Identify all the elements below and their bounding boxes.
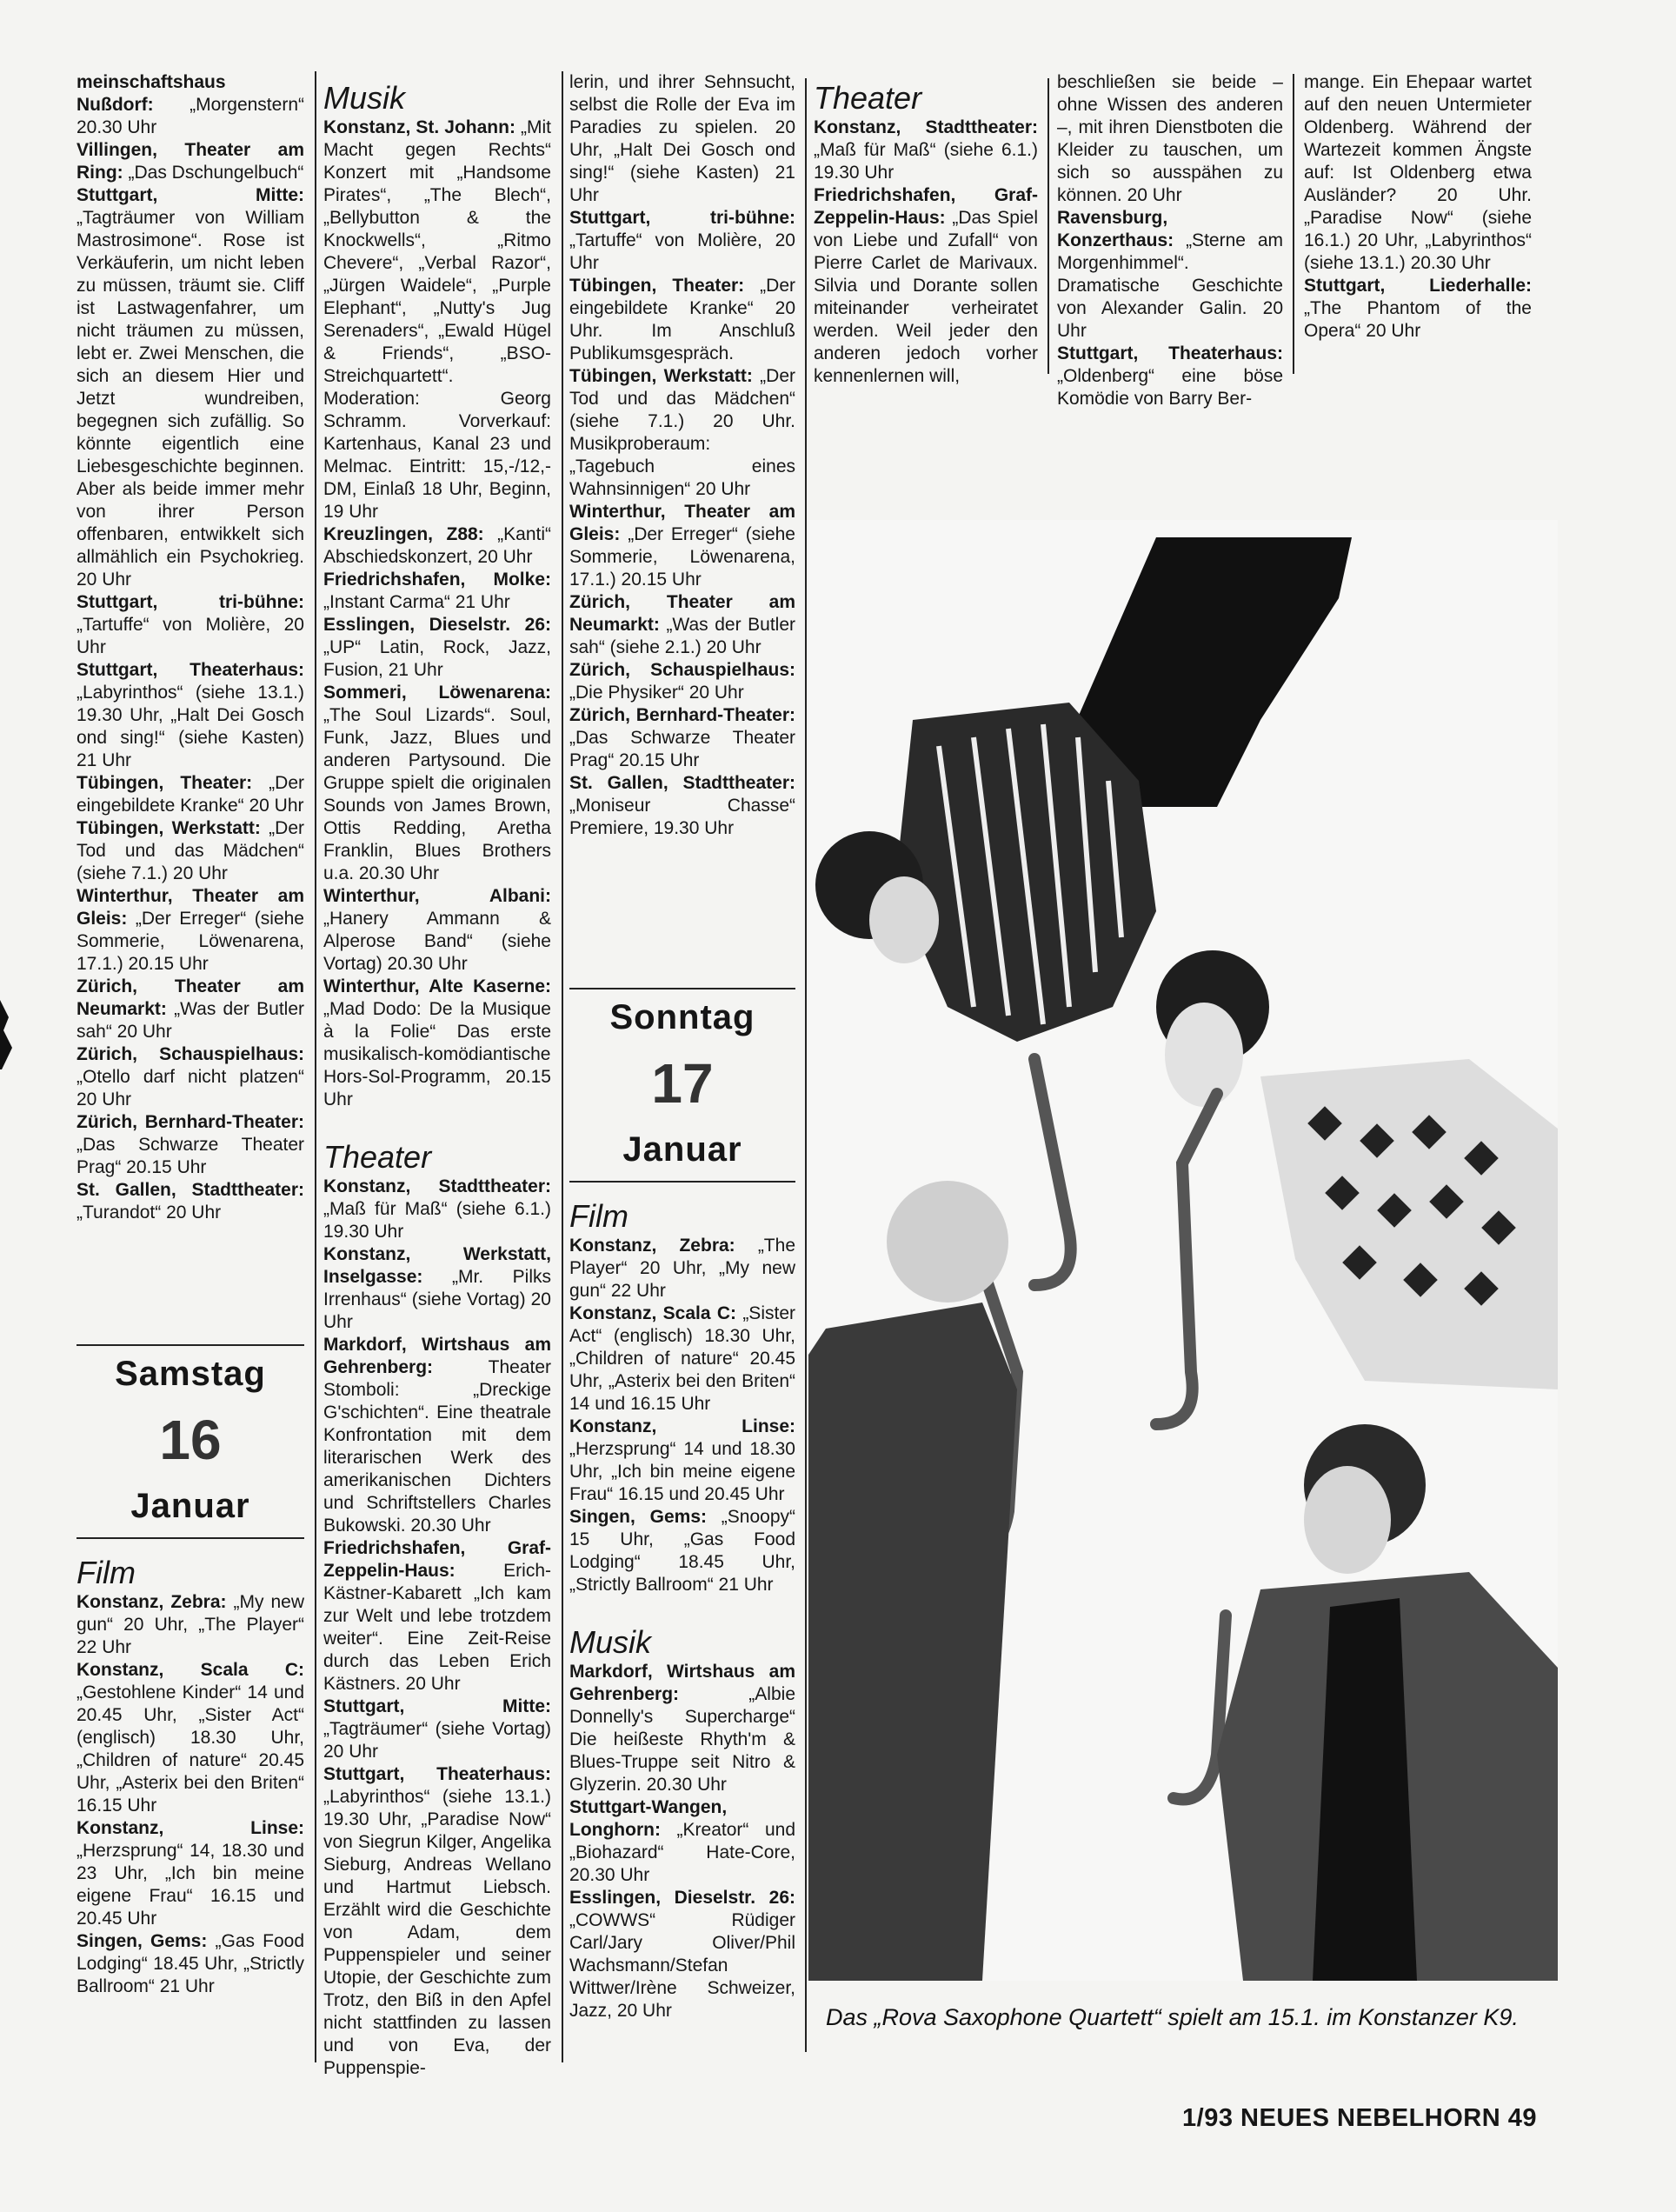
event-entry: Tübingen, Werkstatt: „Der Tod und das Mä… xyxy=(76,817,304,885)
event-entry: Kreuzlingen, Z88: „Kanti“ Abschiedskonze… xyxy=(323,523,551,569)
event-venue: St. Gallen, Stadttheater: xyxy=(76,1180,304,1200)
event-text: „Mit Macht gegen Rechts“ Konzert mit „Ha… xyxy=(323,117,551,522)
event-entry: Esslingen, Dieselstr. 26: „UP“ Latin, Ro… xyxy=(323,614,551,682)
event-text: „The Phantom of the Opera“ 20 Uhr xyxy=(1304,298,1532,341)
event-entry: Stuttgart, Mitte: „Tagträumer von Willia… xyxy=(76,184,304,591)
event-venue: Winterthur, Alte Kaserne: xyxy=(323,976,551,996)
section-heading-film: Film xyxy=(569,1200,795,1233)
event-entry: Konstanz, Stadttheater: „Maß für Maß“ (s… xyxy=(814,117,1038,184)
event-text: „Instant Carma“ 21 Uhr xyxy=(323,592,510,612)
event-entry: Markdorf, Wirtshaus am Gehrenberg: „Albi… xyxy=(569,1661,795,1796)
event-text: „Oldenberg“ eine böse Komödie von Barry … xyxy=(1057,366,1283,409)
torn-edge-mark xyxy=(0,1000,16,1069)
event-venue: Konstanz, Stadttheater: xyxy=(323,1176,551,1196)
event-text: „Labyrinthos“ (siehe 13.1.) 19.30 Uhr, „… xyxy=(323,1787,551,2078)
event-venue: Tübingen, Werkstatt: xyxy=(569,366,753,386)
event-text: „Maß für Maß“ (siehe 6.1.) 19.30 Uhr xyxy=(323,1199,551,1242)
band-photo xyxy=(808,520,1558,1981)
event-entry: lerin, und ihrer Sehnsucht, selbst die R… xyxy=(569,71,795,207)
event-venue: Konstanz, Stadttheater: xyxy=(814,117,1038,137)
event-entry: Winterthur, Alte Kaserne: „Mad Dodo: De … xyxy=(323,976,551,1111)
event-text: „Herzsprung“ 14, 18.30 und 23 Uhr, „Ich … xyxy=(76,1841,304,1929)
event-entry: Winterthur, Theater am Gleis: „Der Erreg… xyxy=(569,501,795,591)
event-entry: Villingen, Theater am Ring: „Das Dschung… xyxy=(76,139,304,184)
event-venue: Stuttgart, Mitte: xyxy=(323,1696,551,1716)
event-venue: Tübingen, Werkstatt: xyxy=(76,818,261,838)
column-6: mange. Ein Ehepaar wartet auf den neuen … xyxy=(1304,71,1532,343)
saxophone-quartet-illustration xyxy=(808,520,1558,1981)
event-entry: Tübingen, Werkstatt: „Der Tod und das Mä… xyxy=(569,365,795,501)
event-entry: Konstanz, Werkstatt, Inselgasse: „Mr. Pi… xyxy=(323,1243,551,1334)
event-venue: Stuttgart, Theaterhaus: xyxy=(323,1764,551,1784)
event-text: „UP“ Latin, Rock, Jazz, Fusion, 21 Uhr xyxy=(323,637,551,680)
event-entry: Konstanz, Linse: „Herzsprung“ 14, 18.30 … xyxy=(76,1817,304,1930)
day-month: Januar xyxy=(569,1127,795,1172)
event-venue: Konstanz, Scala C: xyxy=(569,1303,736,1323)
event-venue: Ravensburg, Konzerthaus: xyxy=(1057,208,1174,250)
event-entry: Zürich, Theater am Neumarkt: „Was der Bu… xyxy=(569,591,795,659)
event-entry: Winterthur, Albani: „Hanery Ammann & Alp… xyxy=(323,885,551,976)
event-entry: Stuttgart, Theaterhaus: „Labyrinthos“ (s… xyxy=(76,659,304,772)
event-venue: Esslingen, Dieselstr. 26: xyxy=(569,1888,795,1908)
event-entry: meinschaftshaus Nußdorf: „Morgenstern“ 2… xyxy=(76,71,304,139)
event-venue: Tübingen, Theater: xyxy=(76,773,252,793)
day-header-samstag: Samstag 16 Januar xyxy=(76,1344,304,1539)
day-name: Sonntag xyxy=(569,995,795,1040)
event-entry: Singen, Gems: „Gas Food Lodging“ 18.45 U… xyxy=(76,1930,304,1998)
event-entry: Stuttgart, tri-bühne: „Tartuffe“ von Mol… xyxy=(76,591,304,659)
column-2: Musik Konstanz, St. Johann: „Mit Macht g… xyxy=(323,82,551,2080)
event-entry: Konstanz, Linse: „Herzsprung“ 14 und 18.… xyxy=(569,1416,795,1506)
section-heading-musik: Musik xyxy=(323,82,551,115)
day-header-sonntag: Sonntag 17 Januar xyxy=(569,988,795,1183)
photo-caption: Das „Rova Saxophone Quartett“ spielt am … xyxy=(826,2004,1519,2031)
event-venue: Stuttgart, Mitte: xyxy=(76,185,304,205)
event-entry: Zürich, Bernhard-Theater: „Das Schwarze … xyxy=(76,1111,304,1179)
event-text: „Das Spiel von Liebe und Zufall“ von Pie… xyxy=(814,208,1038,386)
event-venue: Stuttgart, Liederhalle: xyxy=(1304,276,1532,296)
event-venue: Zürich, Schauspielhaus: xyxy=(76,1044,304,1064)
event-text: „Die Physiker“ 20 Uhr xyxy=(569,683,744,703)
section-heading-film: Film xyxy=(76,1556,304,1589)
event-entry: Friedrichshafen, Graf-Zeppelin-Haus: Eri… xyxy=(323,1537,551,1696)
event-text: „The Soul Lizards“. Soul, Funk, Jazz, Bl… xyxy=(323,705,551,883)
event-entry: Konstanz, Stadttheater: „Maß für Maß“ (s… xyxy=(323,1176,551,1243)
event-entry: Markdorf, Wirtshaus am Gehrenberg: Theat… xyxy=(323,1334,551,1537)
column-rule xyxy=(562,71,563,2062)
event-text: „Gestohlene Kinder“ 14 und 20.45 Uhr, „S… xyxy=(76,1682,304,1816)
day-number: 16 xyxy=(76,1396,304,1483)
event-venue: Winterthur, Albani: xyxy=(323,886,551,906)
column-rule xyxy=(1047,78,1049,374)
event-entry: Ravensburg, Konzerthaus: „Sterne am Morg… xyxy=(1057,207,1283,343)
event-text: „Das Schwarze Theater Prag“ 20.15 Uhr xyxy=(76,1135,304,1177)
day-number: 17 xyxy=(569,1040,795,1127)
section-heading-theater: Theater xyxy=(814,82,1038,115)
event-text: lerin, und ihrer Sehnsucht, selbst die R… xyxy=(569,72,795,205)
event-venue: St. Gallen, Stadttheater: xyxy=(569,773,795,793)
event-entry: Stuttgart, Theaterhaus: „Oldenberg“ eine… xyxy=(1057,343,1283,410)
film-list: Konstanz, Zebra: „My new gun“ 20 Uhr, „T… xyxy=(76,1591,304,1998)
event-text: „Turandot“ 20 Uhr xyxy=(76,1203,221,1223)
event-entry: Esslingen, Dieselstr. 26: „COWWS“ Rüdige… xyxy=(569,1887,795,2022)
film-list: Konstanz, Zebra: „The Player“ 20 Uhr, „M… xyxy=(569,1235,795,1596)
event-entry: Tübingen, Theater: „Der eingebildete Kra… xyxy=(569,275,795,365)
event-text: „Maß für Maß“ (siehe 6.1.) 19.30 Uhr xyxy=(814,140,1038,183)
column-rule xyxy=(805,78,807,2052)
event-text: „Das Schwarze Theater Prag“ 20.15 Uhr xyxy=(569,728,795,770)
event-text: „COWWS“ Rüdiger Carl/Jary Oliver/Phil Wa… xyxy=(569,1910,795,2021)
event-entry: Stuttgart-Wangen, Longhorn: „Kreator“ un… xyxy=(569,1796,795,1887)
section-heading-musik: Musik xyxy=(569,1626,795,1659)
day-name: Samstag xyxy=(76,1351,304,1396)
column-3: lerin, und ihrer Sehnsucht, selbst die R… xyxy=(569,71,795,2022)
event-venue: Zürich, Schauspielhaus: xyxy=(569,660,795,680)
event-entry: Stuttgart, Theaterhaus: „Labyrinthos“ (s… xyxy=(323,1763,551,2080)
event-entry: Konstanz, Zebra: „The Player“ 20 Uhr, „M… xyxy=(569,1235,795,1303)
event-entry: Konstanz, St. Johann: „Mit Macht gegen R… xyxy=(323,117,551,523)
event-entry: Winterthur, Theater am Gleis: „Der Erreg… xyxy=(76,885,304,976)
musik-list: Konstanz, St. Johann: „Mit Macht gegen R… xyxy=(323,117,551,1111)
event-text: „Moniseur Chasse“ Premiere, 19.30 Uhr xyxy=(569,796,795,838)
event-entry: Zürich, Bernhard-Theater: „Das Schwarze … xyxy=(569,704,795,772)
event-entry: Sommeri, Löwenarena: „The Soul Lizards“.… xyxy=(323,682,551,885)
page-footer: 1/93 NEUES NEBELHORN 49 xyxy=(1182,2104,1537,2133)
event-text: „Tagträumer“ (siehe Vortag) 20 Uhr xyxy=(323,1719,551,1762)
event-venue: Zürich, Bernhard-Theater: xyxy=(569,705,795,725)
event-text: „Das Dschungelbuch“ xyxy=(123,163,304,183)
event-entry: Tübingen, Theater: „Der eingebildete Kra… xyxy=(76,772,304,817)
event-venue: Stuttgart, tri-bühne: xyxy=(569,208,795,228)
event-venue: Tübingen, Theater: xyxy=(569,276,744,296)
event-text: „Tagträumer von William Mastrosimone“. R… xyxy=(76,208,304,590)
event-venue: Singen, Gems: xyxy=(76,1931,207,1951)
event-entry: Zürich, Theater am Neumarkt: „Was der Bu… xyxy=(76,976,304,1043)
event-text: „Otello darf nicht platzen“ 20 Uhr xyxy=(76,1067,304,1109)
column-rule xyxy=(315,71,316,2062)
event-venue: Kreuzlingen, Z88: xyxy=(323,524,484,544)
day-month: Januar xyxy=(76,1483,304,1529)
event-entry: Zürich, Schauspielhaus: „Otello darf nic… xyxy=(76,1043,304,1111)
event-text: beschließen sie beide – ohne Wissen des … xyxy=(1057,72,1283,205)
event-venue: Singen, Gems: xyxy=(569,1507,707,1527)
event-entry: beschließen sie beide – ohne Wissen des … xyxy=(1057,71,1283,207)
events-list: meinschaftshaus Nußdorf: „Morgenstern“ 2… xyxy=(76,71,304,1224)
event-entry: Stuttgart, Liederhalle: „The Phantom of … xyxy=(1304,275,1532,343)
column-1: meinschaftshaus Nußdorf: „Morgenstern“ 2… xyxy=(76,71,304,1998)
event-text: „Hanery Ammann & Alperose Band“ (siehe V… xyxy=(323,909,551,974)
event-entry: Zürich, Schauspielhaus: „Die Physiker“ 2… xyxy=(569,659,795,704)
event-text: Theater Stomboli: „Dreckige G'schichten“… xyxy=(323,1357,551,1536)
theater-list: Konstanz, Stadttheater: „Maß für Maß“ (s… xyxy=(323,1176,551,2080)
event-venue: Konstanz, Zebra: xyxy=(76,1592,227,1612)
event-text: „Mad Dodo: De la Musique à la Folie“ Das… xyxy=(323,999,551,1109)
column-4: Theater Konstanz, Stadttheater: „Maß für… xyxy=(814,82,1038,388)
event-venue: Konstanz, Zebra: xyxy=(569,1236,735,1256)
event-venue: Sommeri, Löwenarena: xyxy=(323,683,551,703)
event-text: „Tartuffe“ von Molière, 20 Uhr xyxy=(76,615,304,657)
event-venue: Stuttgart, Theaterhaus: xyxy=(76,660,304,680)
event-venue: Esslingen, Dieselstr. 26: xyxy=(323,615,551,635)
events-list: lerin, und ihrer Sehnsucht, selbst die R… xyxy=(569,71,795,840)
event-entry: St. Gallen, Stadttheater: „Turandot“ 20 … xyxy=(76,1179,304,1224)
section-heading-theater: Theater xyxy=(323,1141,551,1174)
event-venue: Stuttgart, Theaterhaus: xyxy=(1057,343,1283,363)
event-entry: Konstanz, Scala C: „Gestohlene Kinder“ 1… xyxy=(76,1659,304,1817)
column-rule xyxy=(1293,74,1294,374)
event-venue: Konstanz, Linse: xyxy=(569,1416,795,1436)
event-text: mange. Ein Ehepaar wartet auf den neuen … xyxy=(1304,72,1532,273)
event-entry: Singen, Gems: „Snoopy“ 15 Uhr, „Gas Food… xyxy=(569,1506,795,1596)
event-text: „Labyrinthos“ (siehe 13.1.) 19.30 Uhr, „… xyxy=(76,683,304,770)
event-venue: Konstanz, Linse: xyxy=(76,1818,304,1838)
event-entry: Konstanz, Zebra: „My new gun“ 20 Uhr, „T… xyxy=(76,1591,304,1659)
event-entry: Stuttgart, Mitte: „Tagträumer“ (siehe Vo… xyxy=(323,1696,551,1763)
event-entry: Konstanz, Scala C: „Sister Act“ (englisc… xyxy=(569,1303,795,1416)
event-venue: Konstanz, St. Johann: xyxy=(323,117,515,137)
event-venue: Zürich, Bernhard-Theater: xyxy=(76,1112,304,1132)
event-venue: Friedrichshafen, Molke: xyxy=(323,570,551,590)
event-entry: Stuttgart, tri-bühne: „Tartuffe“ von Mol… xyxy=(569,207,795,275)
event-entry: mange. Ein Ehepaar wartet auf den neuen … xyxy=(1304,71,1532,275)
event-entry: Friedrichshafen, Graf-Zeppelin-Haus: „Da… xyxy=(814,184,1038,388)
event-entry: St. Gallen, Stadttheater: „Moniseur Chas… xyxy=(569,772,795,840)
column-5: beschließen sie beide – ohne Wissen des … xyxy=(1057,71,1283,410)
musik-list: Markdorf, Wirtshaus am Gehrenberg: „Albi… xyxy=(569,1661,795,2022)
event-entry: Friedrichshafen, Molke: „Instant Carma“ … xyxy=(323,569,551,614)
event-text: „Tartuffe“ von Molière, 20 Uhr xyxy=(569,230,795,273)
event-text: „Herzsprung“ 14 und 18.30 Uhr, „Ich bin … xyxy=(569,1439,795,1504)
event-venue: Konstanz, Scala C: xyxy=(76,1660,304,1680)
event-venue: Stuttgart, tri-bühne: xyxy=(76,592,304,612)
